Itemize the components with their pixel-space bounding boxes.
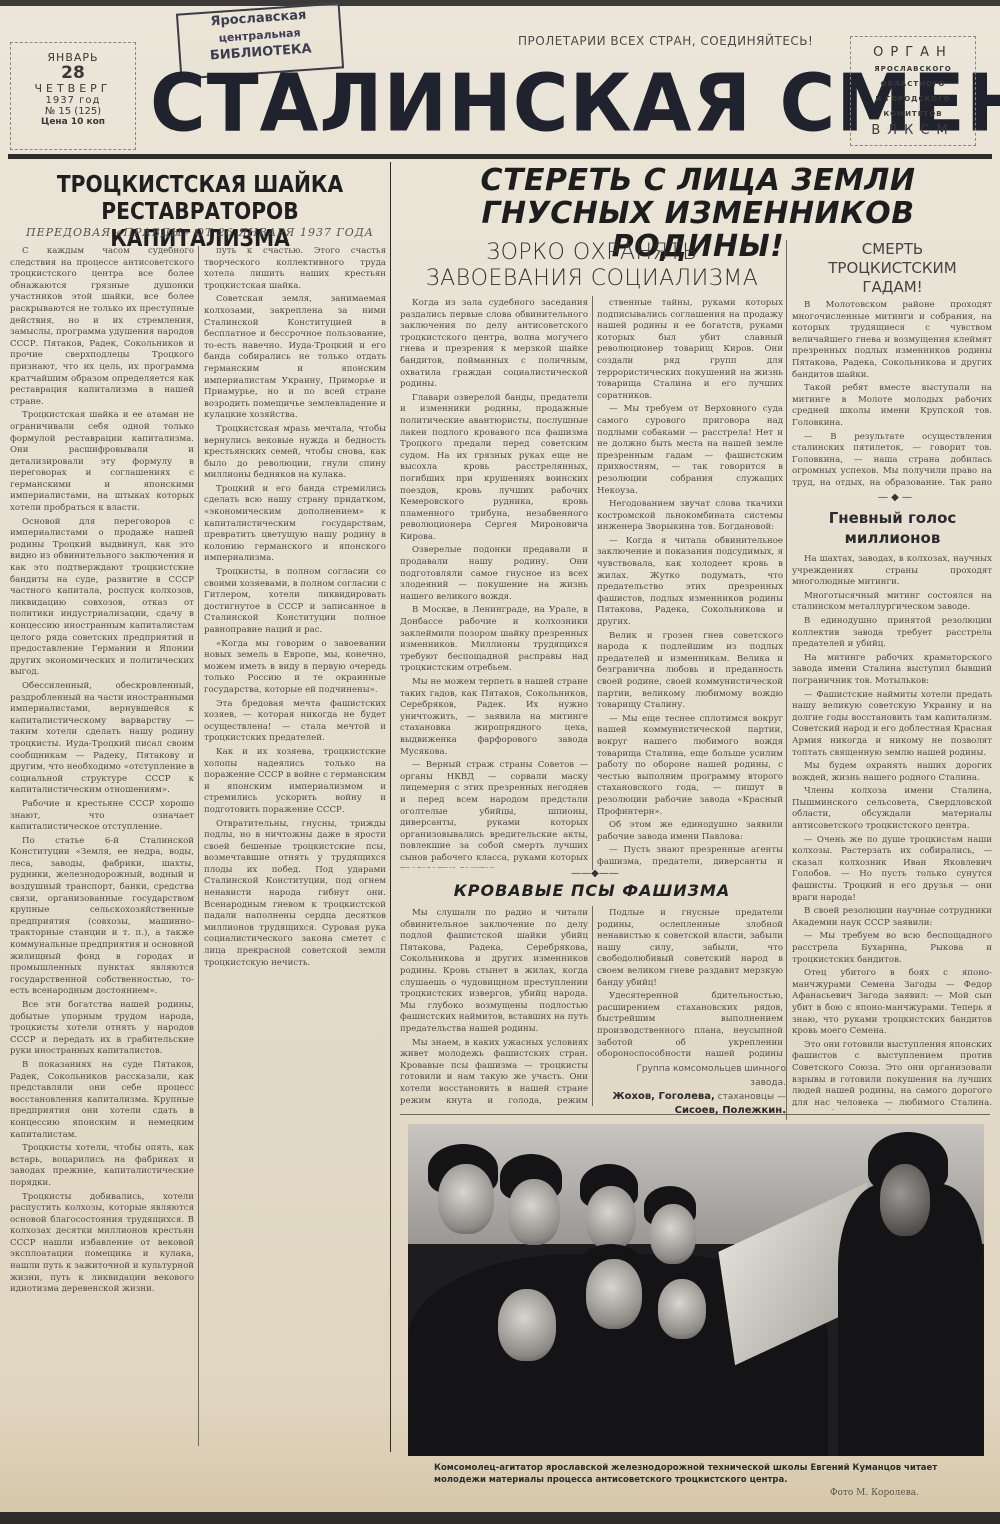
headline-line: СМЕРТЬ	[790, 240, 995, 259]
headline-line: ТРОЦКИСТСКИМ	[790, 259, 995, 278]
photo-reader	[880, 1164, 930, 1236]
paragraph: Удесятеренной бдительностью, расширением…	[597, 991, 783, 1058]
paragraph: Члены колхоза имени Сталина, Пышминского…	[792, 786, 992, 832]
photo-figure	[586, 1259, 642, 1329]
paragraph: Мы слушали по радио и читали обвинительн…	[400, 908, 588, 1036]
paragraph: Мы знаем, в каких ужасных условиях живет…	[400, 1038, 588, 1108]
paragraph: — Фашистские наймиты хотели предать нашу…	[792, 690, 992, 760]
organ-label: ОРГАН	[851, 45, 975, 60]
paragraph: Отвратительны, гнусны, трижды подлы, но …	[204, 819, 386, 970]
article-column: С каждым часом судебного следствия на пр…	[10, 246, 194, 1456]
paragraph: — Когда я читала обвинительное заключени…	[597, 536, 783, 629]
newspaper-title: СТАЛИНСКАЯ СМЕНА	[150, 56, 840, 151]
photo-figure	[658, 1279, 706, 1339]
headline-angry-voice: Гневный голос миллионов	[790, 508, 995, 548]
photo-figure	[438, 1164, 494, 1234]
column-divider	[198, 246, 199, 1446]
masthead-slogan: ПРОЛЕТАРИИ ВСЕХ СТРАН, СОЕДИНЯЙТЕСЬ!	[518, 34, 813, 48]
paragraph: В Москве, в Ленинграде, на Урале, в Донб…	[400, 605, 588, 675]
signoff-group: Группа комсомольцев шинного завода.	[600, 1062, 786, 1090]
photo-figure	[498, 1289, 556, 1361]
headline-line: ЗАВОЕВАНИЯ СОЦИАЛИЗМА	[398, 266, 786, 292]
paragraph: Троцкисты, в полном согласии со своими х…	[204, 567, 386, 637]
paragraph: Подлые и гнусные предатели родины, ослеп…	[597, 908, 783, 989]
paragraph: В единодушно принятой резолюции коллекти…	[792, 616, 992, 651]
paragraph: На митинге рабочих краматорского завода …	[792, 653, 992, 688]
paragraph: Все эти богатства нашей родины, добытые …	[10, 1000, 194, 1058]
paragraph: Мы не можем терпеть в нашей стране таких…	[400, 677, 588, 758]
masthead-rule	[8, 154, 992, 159]
paragraph: Троцкистская мразь мечтала, чтобы вернул…	[204, 424, 386, 482]
paragraph: Троцкисты хотели, чтобы опять, как встар…	[10, 1143, 194, 1189]
date-weekday: ЧЕТВЕРГ	[11, 82, 135, 95]
paragraph: Велик и грозен гнев советского народа к …	[597, 631, 783, 712]
paragraph: Троцкий и его банда стремились сделать в…	[204, 484, 386, 565]
article-column: На шахтах, заводах, в колхозах, научных …	[792, 554, 992, 1110]
paragraph: Об этом же единодушно заявили рабочие за…	[597, 820, 783, 843]
paragraph: Как и их хозяева, троцкистские холопы на…	[204, 747, 386, 817]
signoff-names: Жохов, Гоголева,	[612, 1091, 714, 1102]
banner-line: СТЕРЕТЬ С ЛИЦА ЗЕМЛИ	[398, 164, 998, 197]
paragraph: На шахтах, заводах, в колхозах, научных …	[792, 554, 992, 589]
date-year: 1937 год	[11, 95, 135, 106]
news-photo	[408, 1124, 984, 1456]
headline-line: ЗОРКО ОХРАНЯТЬ	[398, 240, 786, 266]
price: Цена 10 коп	[11, 117, 135, 127]
headline-death-to-trotskyists: СМЕРТЬ ТРОЦКИСТСКИМ ГАДАМ!	[790, 240, 995, 297]
headline-bloody-dogs: КРОВАВЫЕ ПСЫ ФАШИЗМА	[398, 881, 786, 900]
column-divider	[786, 240, 787, 1120]
headline-line: ГАДАМ!	[790, 278, 995, 297]
paragraph: — Верный страж страны Советов — органы Н…	[400, 760, 588, 868]
paragraph: Многотысячный митинг состоялся на сталин…	[792, 591, 992, 614]
headline-guard-gains: ЗОРКО ОХРАНЯТЬ ЗАВОЕВАНИЯ СОЦИАЛИЗМА	[398, 240, 786, 292]
article-column: ственные тайны, руками которых подписыва…	[597, 298, 783, 868]
paragraph: Озверелые подонки предавали и продавали …	[400, 545, 588, 603]
ornament-divider-icon: — ◆ —	[840, 492, 950, 503]
signoff: Группа комсомольцев шинного завода. Жохо…	[600, 1062, 786, 1118]
paragraph: — В результате осуществления сталинских …	[792, 432, 992, 490]
organ-line: И ГОРОДСКОГО	[851, 94, 975, 105]
photo-caption: Комсомолец-агитатор ярославской железнод…	[434, 1462, 984, 1486]
signoff-names: Сисоев, Полежкин.	[600, 1104, 786, 1118]
paragraph: — Мы требуем во всю беспощадного расстре…	[792, 931, 992, 966]
newspaper-page: ЯНВАРЬ 28 ЧЕТВЕРГ 1937 год № 15 (125) Це…	[0, 0, 1000, 1524]
paragraph: В показаниях на суде Пятаков, Радек, Сок…	[10, 1060, 194, 1141]
paragraph: Это они готовили выступления японских фа…	[792, 1040, 992, 1110]
paragraph: — Мы еще теснее сплотимся вокруг нашей к…	[597, 714, 783, 818]
photo-figure	[650, 1204, 696, 1264]
paragraph: — Очень же по душе троцкистам наши колхо…	[792, 835, 992, 905]
paragraph: В Молотовском районе проходят многочисле…	[792, 300, 992, 381]
scan-top-edge	[0, 0, 1000, 6]
paragraph: Отец убитого в боях с японо-манчжурами С…	[792, 968, 992, 1038]
paragraph: Основой для переговоров с империалистами…	[10, 517, 194, 679]
paragraph: — Мы требуем от Верховного суда самого с…	[597, 404, 783, 497]
paragraph: ственные тайны, руками которых подписыва…	[597, 298, 783, 402]
paragraph: Такой ребят вместе выступали на митинге …	[792, 383, 992, 429]
organ-vlksm: ВЛКСМ	[851, 123, 975, 138]
paragraph: Эта бредовая мечта фашистских хозяев, — …	[204, 699, 386, 745]
subhead-pravda: ПЕРЕДОВАЯ «ПРАВДЫ» ОТ 26 ЯНВАРЯ 1937 ГОД…	[20, 226, 380, 239]
paragraph: С каждым часом судебного следствия на пр…	[10, 246, 194, 408]
paragraph: — Пусть знают презренные агенты фашизма,…	[597, 845, 783, 868]
headline-trotskyist-gang: ТРОЦКИСТСКАЯ ШАЙКА РЕСТАВРАТОРОВ КАПИТАЛ…	[42, 172, 359, 253]
column-divider	[592, 296, 593, 870]
paragraph: Обессиленный, обескровленный, раздроблен…	[10, 681, 194, 797]
paragraph: В своей резолюции научные сотрудники Ака…	[792, 906, 992, 929]
headline-line: миллионов	[790, 528, 995, 548]
paragraph: Троцкисты добивались, хотели распустить …	[10, 1192, 194, 1296]
paragraph: «Когда мы говорим о завоевании новых зем…	[204, 639, 386, 697]
organ-line: ОБЛАСТНОГО	[851, 79, 975, 90]
article-column: Мы слушали по радио и читали обвинительн…	[400, 908, 588, 1108]
photo-figure	[508, 1179, 560, 1245]
organ-box: ОРГАН ЯРОСЛАВСКОГО ОБЛАСТНОГО И ГОРОДСКО…	[850, 36, 976, 146]
article-column: путь к счастью. Этого счастья творческог…	[204, 246, 386, 1456]
article-column: Подлые и гнусные предатели родины, ослеп…	[597, 908, 783, 1058]
paragraph: По статье 6-й Сталинской Конституции «Зе…	[10, 836, 194, 998]
paragraph: Троцкистская шайка и ее атаман не ограни…	[10, 410, 194, 514]
photo-credit: Фото М. Королева.	[830, 1488, 919, 1498]
date-day: 28	[11, 64, 135, 82]
paragraph: Мы будем охранять наших дорогих вождей, …	[792, 761, 992, 784]
scan-bottom-edge	[0, 1512, 1000, 1524]
paragraph: путь к счастью. Этого счастья творческог…	[204, 246, 386, 292]
article-column: В Молотовском районе проходят многочисле…	[792, 300, 992, 490]
organ-line: КОМИТЕТОВ	[851, 109, 975, 120]
signoff-role: стахановцы —	[718, 1092, 786, 1102]
headline-line: Гневный голос	[790, 508, 995, 528]
paragraph: Советская земля, занимаемая колхозами, з…	[204, 294, 386, 422]
article-column: Когда из зала судебного заседания раздал…	[400, 298, 588, 868]
paragraph: Главари озверелой банды, предатели и изм…	[400, 393, 588, 544]
paragraph: Когда из зала судебного заседания раздал…	[400, 298, 588, 391]
paragraph: Негодованием звучат слова ткачихи костро…	[597, 499, 783, 534]
ornament-divider-icon: ——◆——	[540, 868, 650, 879]
headline-line: ТРОЦКИСТСКАЯ ШАЙКА	[42, 172, 359, 199]
date-box: ЯНВАРЬ 28 ЧЕТВЕРГ 1937 год № 15 (125) Це…	[10, 42, 136, 150]
issue-number: № 15 (125)	[11, 106, 135, 117]
column-divider	[390, 162, 391, 1452]
paragraph: Рабочие и крестьяне СССР хорошо знают, ч…	[10, 799, 194, 834]
photo-figure	[586, 1186, 636, 1250]
column-divider	[592, 906, 593, 1106]
organ-line: ЯРОСЛАВСКОГО	[851, 64, 975, 75]
